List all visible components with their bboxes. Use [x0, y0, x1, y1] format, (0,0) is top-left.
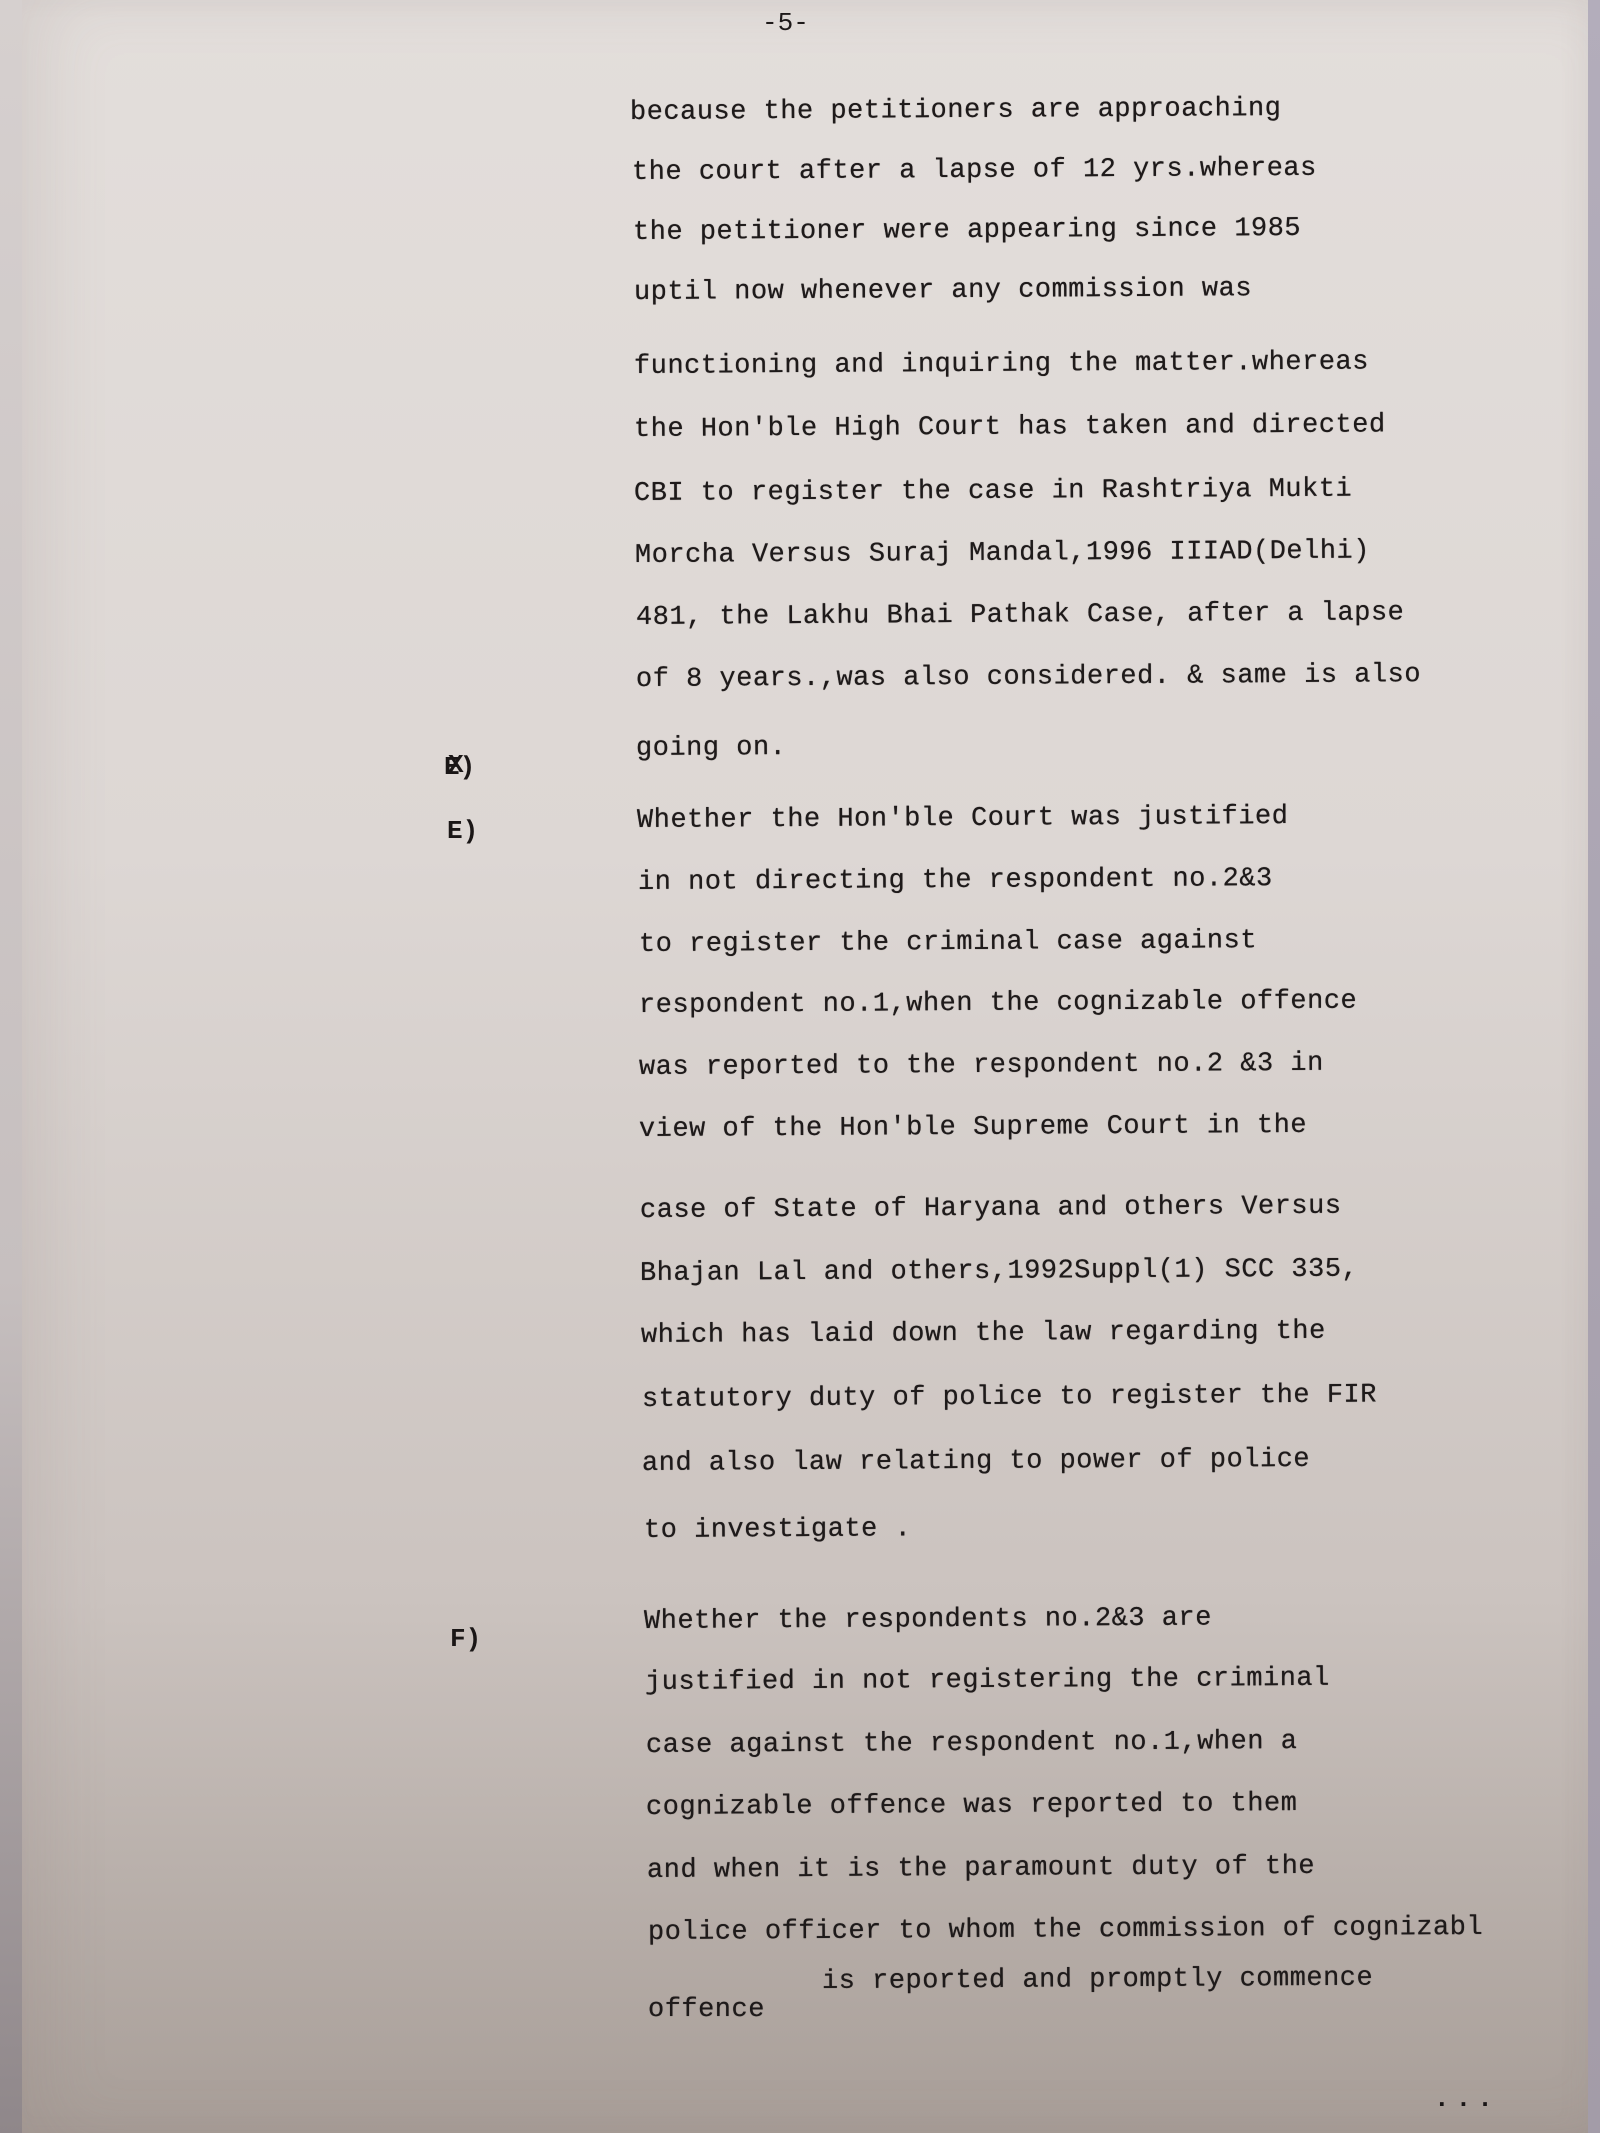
text-line: Bhajan Lal and others,1992Suppl(1) SCC 3…	[640, 1255, 1358, 1289]
text-line: uptil now whenever any commission was	[634, 274, 1252, 308]
text-line: respondent no.1,when the cognizable offe…	[639, 987, 1357, 1021]
text-line: functioning and inquiring the matter.whe…	[634, 348, 1369, 382]
text-line: CBI to register the case in Rashtriya Mu…	[634, 475, 1352, 509]
text-line: case of State of Haryana and others Vers…	[640, 1192, 1342, 1226]
text-line: to investigate .	[644, 1514, 911, 1546]
text-line: Whether the Hon'ble Court was justified	[637, 802, 1289, 836]
text-line: in not directing the respondent no.2&3	[638, 864, 1273, 898]
text-line: 481, the Lakhu Bhai Pathak Case, after a…	[636, 598, 1404, 633]
section-f-marker: F)	[450, 1624, 481, 1654]
text-line: the Hon'ble High Court has taken and dir…	[634, 410, 1386, 445]
page-number: -5-	[762, 8, 809, 38]
page-right-edge	[1588, 0, 1600, 2133]
text-line: and when it is the paramount duty of the	[647, 1852, 1315, 1886]
text-line: the court after a lapse of 12 yrs.wherea…	[632, 154, 1317, 188]
struck-marker-text: E)	[444, 752, 475, 782]
page-left-edge	[0, 0, 22, 2133]
continuation-mark: ...	[1434, 2084, 1499, 2114]
text-line: to register the criminal case against	[639, 926, 1257, 960]
document-page: -5- because the petitioners are approach…	[22, 0, 1588, 2133]
text-line: police officer to whom the commission of…	[648, 1913, 1483, 1948]
text-line: because the petitioners are approaching	[630, 94, 1282, 128]
text-line: was reported to the respondent no.2 &3 i…	[639, 1049, 1324, 1083]
text-line: is reported and promptly commence	[822, 1964, 1373, 1997]
text-line: cognizable offence was reported to them	[646, 1789, 1298, 1823]
text-line: of 8 years.,was also considered. & same …	[636, 660, 1421, 695]
text-line: Morcha Versus Suraj Mandal,1996 IIIAD(De…	[635, 537, 1370, 571]
text-line: justified in not registering the crimina…	[645, 1664, 1330, 1698]
text-line: and also law relating to power of police	[642, 1445, 1310, 1479]
text-line: Whether the respondents no.2&3 are	[644, 1604, 1212, 1637]
text-line: statutory duty of police to register the…	[642, 1381, 1377, 1415]
struck-section-marker: E)	[444, 752, 475, 782]
text-line: case against the respondent no.1,when a	[646, 1727, 1298, 1761]
text-line: going on.	[636, 733, 787, 764]
text-line: the petitioner were appearing since 1985	[633, 214, 1301, 248]
text-line: view of the Hon'ble Supreme Court in the	[639, 1111, 1307, 1145]
text-line: offence	[648, 1995, 765, 2025]
section-e-marker: E)	[447, 816, 478, 846]
text-line: which has laid down the law regarding th…	[641, 1317, 1326, 1351]
